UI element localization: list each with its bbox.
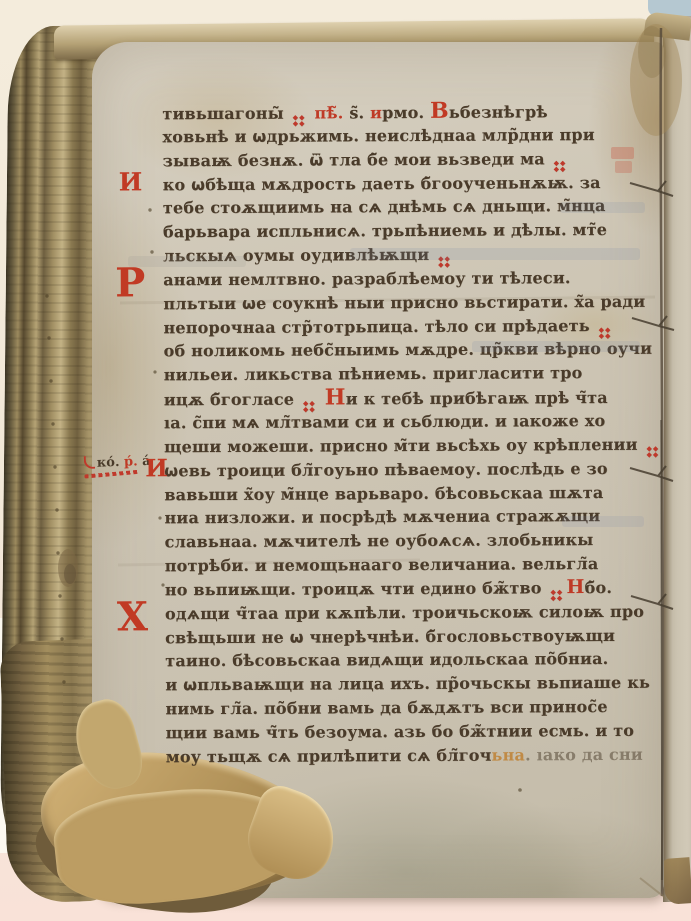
text-segment: и ѡпльваѭщи на лица ихъ. пр̃очьскы вьпиа… [165,673,650,695]
text-segment: . ıако да сни [525,745,643,765]
manuscript-line: Ходѧщи ч̃таа при кѫпѣли. троичьскоѭ сило… [165,599,657,625]
text-segment: потрѣби. и немощьнааго величаниа. вельгл… [165,554,599,575]
text-segment: таино. бѣсовьскаа видѧщи идольскаа по̃бн… [165,649,608,670]
text-segment: нимь гл̃а. по̃бни вамь да бѫдѫтъ вси при… [165,697,607,718]
text-segment: пѣ̃. [309,103,350,122]
text-segment: ıа. с̃пи мѧ мл̃твами си и сьблюди. и ıак… [164,411,606,432]
manuscript-line: ицѫ б̃гогласе ◆◆◆◆ Ни к тебѣ прибѣгаѭ пр… [164,385,656,411]
manuscript-line: льскыѧ оумы оудивлѣѭщи ◆◆◆◆ [163,242,655,268]
drop-cap-initial: Р [115,263,145,303]
manuscript-line: тебе стоѫщиимь на сѧ днѣмь сѧ дньщи. м̃н… [163,194,655,220]
text-segment: вавьши х̃оу м̃нце варьваро. бѣсовьскаа ш… [164,482,603,503]
text-segment: но вьпиѭщи. троицѫ чти едино бж̃тво [165,578,548,599]
text-segment: славьнаа. мѫчителѣ не оубоѧсѧ. злобьникы [165,530,594,551]
quatrefoil-ornament: ◆◆◆◆ [292,107,307,121]
text-segment: тивьшагоны̃ [162,104,289,124]
drop-cap-initial: Н [325,384,346,410]
quatrefoil-ornament: ◆◆◆◆ [553,152,568,166]
text-segment: свѣщьши не ѡ чнерѣчнѣи. б̃гословьствоуѭщ… [165,625,615,646]
manuscript-line: нильеи. ликьства пѣниемь. пригласити тро [164,361,656,387]
manuscript-line: барьвара испльнисѧ. трьпѣниемь и дѣлы. м… [163,218,655,244]
text-segment: моу тьщѫ сѧ прилѣпити сѧ бл̃гоч [166,745,492,766]
marginal-note-text: ко́. р́. а́ [97,454,151,471]
text-segment: ьна [491,745,525,764]
text-segment: барьвара испльнисѧ. трьпѣниемь и дѣлы. м… [163,220,607,241]
text-segment: ко́. [97,455,120,471]
text-segment: тебе стоѫщиимь на сѧ днѣмь сѧ дньщи. м̃н… [163,196,606,217]
text-segment: ко ѡбѣща мѫдрость даеть б̃гооученьнѫѭ. з… [163,173,601,194]
text-segment: ѡевь троици бл̃гоуьно пѣваемоу. послѣдь … [164,459,608,480]
manuscript-line: об ноликомь небс̃ныимь мѫдре. цр̃кви вѣр… [164,337,656,363]
manuscript-line: вавьши х̃оу м̃нце варьваро. бѣсовьскаа ш… [164,480,656,506]
manuscript-line: ıа. с̃пи мѧ мл̃твами си и сьблюди. и ıак… [164,409,656,435]
text-segment: р́. [119,454,138,470]
text-segment: ниа низложи. и посрѣдѣ мѫчениа стражѫщи [164,506,600,527]
text-block: тивьшагоны̃ ◆◆◆◆ пѣ̃. ѕ̃. ирмо. Вьбезнѣг… [162,99,657,769]
manuscript-line: но вьпиѭщи. троицѫ чти едино бж̃тво ◆◆◆◆… [165,576,657,602]
text-segment: б̃о. [585,578,613,597]
drop-cap-initial: Х [117,597,148,637]
manuscript-line: Иѡевь троици бл̃гоуьно пѣваемоу. послѣдь… [164,456,656,482]
manuscript-line: и ѡпльваѭщи на лица ихъ. пр̃очьскы вьпиа… [165,671,657,697]
manuscript-line: непорочнаа стр̃тотрьпица. тѣло си прѣдае… [163,313,655,339]
text-segment: ьбезнѣгрѣ [449,102,548,122]
manuscript-line: тивьшагоны̃ ◆◆◆◆ пѣ̃. ѕ̃. ирмо. Вьбезнѣг… [162,99,654,125]
quatrefoil-ornament: ◆◆◆◆ [549,581,564,595]
manuscript-line: свѣщьши не ѡ чнерѣчнѣи. б̃гословьствоуѭщ… [165,623,657,649]
text-segment: Н [566,576,584,598]
manuscript-line: потрѣби. и немощьнааго величаниа. вельгл… [165,552,657,578]
quatrefoil-ornament: ◆◆◆◆ [645,438,660,452]
text-segment: зываѭ безнѫ. ѿ тла б̃е мои вьзведи ма [163,149,551,170]
marginal-note: ко́. р́. а́ [84,454,151,477]
text-segment: рмо. [382,103,430,122]
manuscript-line: щеши можеши. присно м̃ти вьсѣхь оу крѣпл… [164,433,656,459]
manuscript-line: ховьнѣ и ѡдрьжимь. неислѣднаа млр̃дни пр… [162,123,654,149]
manuscript-line: таино. бѣсовьскаа видѧщи идольскаа по̃бн… [165,647,657,673]
text-segment: ѕ̃. [349,103,370,122]
quatrefoil-ornament: ◆◆◆◆ [598,319,613,333]
manuscript-line: зываѭ безнѫ. ѿ тла б̃е мои вьзведи ма ◆◆… [163,146,655,172]
facing-page-edge [663,16,691,902]
manuscript-line: славьнаа. мѫчителѣ не оубоѧсѧ. злобьникы [165,528,657,554]
manuscript-line: моу тьщѫ сѧ прилѣпити сѧ бл̃гочьна. ıако… [166,742,658,768]
text-segment: нильеи. ликьства пѣниемь. пригласити тро [164,363,583,384]
facing-page-torn-corner [662,857,691,905]
text-segment: щеши можеши. присно м̃ти вьсѣхь оу крѣпл… [164,435,643,457]
text-segment: льскыѧ оумы оудивлѣѭщи [163,245,435,265]
drop-cap-initial: И [145,456,168,480]
text-segment: непорочнаа стр̃тотрьпица. тѣло си прѣдае… [163,316,595,337]
text-segment: об ноликомь небс̃ныимь мѫдре. цр̃кви вѣр… [164,339,653,361]
manuscript-line: пльтыи ѡе соукнѣ ныи присно вьстирати. х… [163,289,655,315]
manuscript-photo: ко́. р́. а́ тивьшагоны̃ ◆◆◆◆ пѣ̃. ѕ̃. ир… [0,0,691,921]
manuscript-line: Ико ѡбѣща мѫдрость даеть б̃гооученьнѫѭ. … [163,170,655,196]
text-segment: пльтыи ѡе соукнѣ ныи присно вьстирати. х… [163,292,645,314]
quatrefoil-ornament: ◆◆◆◆ [437,248,452,262]
text-segment: и к тебѣ прибѣгаѭ прѣ ч̃та [346,388,608,408]
manuscript-line: нимь гл̃а. по̃бни вамь да бѫдѫтъ вси при… [165,695,657,721]
text-segment: ховьнѣ и ѡдрьжимь. неислѣднаа млр̃дни пр… [162,125,594,146]
text-segment: анами немлтвно. разраблѣемоу ти тѣлеси. [163,268,571,289]
quatrefoil-ornament: ◆◆◆◆ [302,393,317,407]
text-segment: одѧщи ч̃таа при кѫпѣли. троичьскоѭ силоѭ… [165,601,644,623]
manuscript-line: ниа низложи. и посрѣдѣ мѫчениа стражѫщи [164,504,656,530]
drop-cap-initial: В [430,98,449,124]
text-segment: щии вамь ч̃ть безоума. азь бо бж̃тнии ес… [166,721,635,742]
manuscript-line: щии вамь ч̃ть безоума. азь бо бж̃тнии ес… [166,719,658,745]
drop-cap-initial: И [119,170,143,194]
manuscript-line: Ранами немлтвно. разраблѣемоу ти тѣлеси. [163,266,655,292]
text-segment: ицѫ б̃гогласе [164,390,300,410]
text-segment: и [370,103,382,122]
marginal-flourish-curl [84,456,95,469]
